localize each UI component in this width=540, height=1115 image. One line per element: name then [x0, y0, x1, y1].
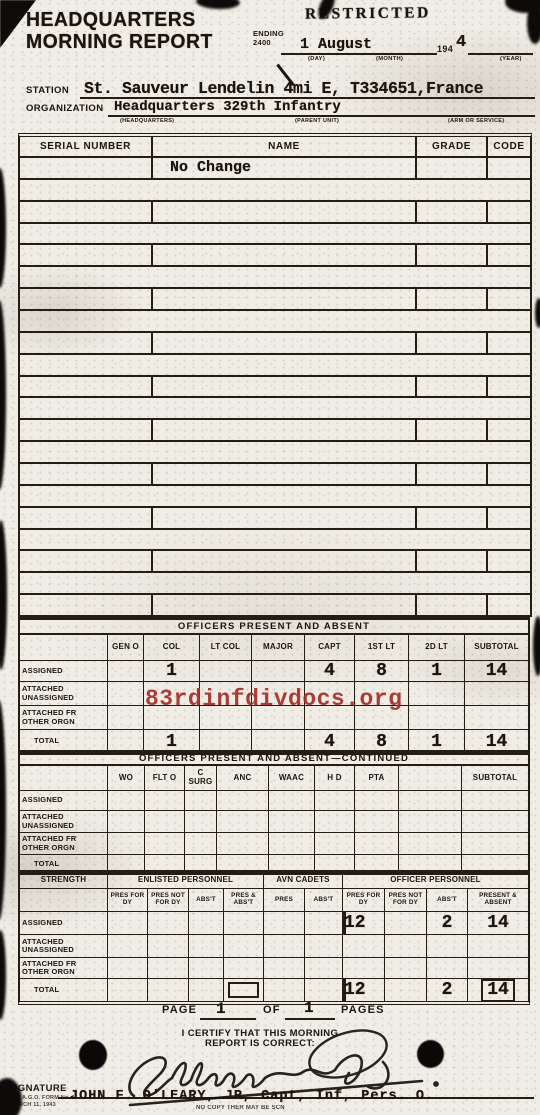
- roster-column-divider: [415, 420, 417, 440]
- scan-artifact: [0, 700, 6, 920]
- roster-column-divider: [486, 551, 488, 571]
- value-cell: 4: [305, 661, 355, 681]
- roster-column-divider: [151, 595, 153, 615]
- value-cell: [269, 811, 315, 832]
- stat-column-header: PRES & ABS'T: [224, 889, 264, 911]
- roster-column-divider: [151, 464, 153, 484]
- stat-data-row: ASSIGNED148114: [20, 661, 528, 682]
- value-cell: [385, 935, 427, 957]
- value-cell: [355, 833, 399, 854]
- roster-column-divider: [415, 377, 417, 397]
- scan-artifact: [533, 616, 540, 676]
- value-cell: [305, 958, 343, 978]
- stat-group-cell: ENLISTED PERSONNEL: [108, 873, 264, 888]
- value-cell: [108, 912, 148, 934]
- roster-column-divider: [151, 289, 153, 309]
- stat-header-label-cell: [20, 635, 108, 660]
- value-cell: [189, 912, 224, 934]
- hole-punch-right: [417, 1040, 444, 1068]
- date-underline: [281, 53, 437, 55]
- roster-body: No Change: [18, 158, 532, 617]
- value-cell: [264, 979, 305, 1001]
- stat-column-header: C SURG: [185, 766, 217, 790]
- stat-column-header: COL: [144, 635, 200, 660]
- value-cell: [200, 661, 252, 681]
- value-cell: [385, 912, 427, 934]
- value-cell: 12: [343, 979, 385, 1001]
- row-label: ASSIGNED: [20, 661, 108, 681]
- value-cell: [185, 833, 217, 854]
- value-cell: [305, 979, 343, 1001]
- stat-column-header: ABS'T: [189, 889, 224, 911]
- roster-header-row: SERIAL NUMBERNAMEGRADECODE: [18, 133, 532, 158]
- scan-artifact: [0, 168, 6, 288]
- row-label: ASSIGNED: [20, 791, 108, 810]
- value-cell: 2: [427, 979, 468, 1001]
- roster-blank-row: [20, 245, 530, 267]
- value-cell: [189, 958, 224, 978]
- form-title-line2: MORNING REPORT: [26, 31, 213, 54]
- value-cell: [465, 706, 528, 729]
- station-value: St. Sauveur Lendelin 4mi E, T334651,Fran…: [84, 79, 483, 98]
- stat-column-header: WO: [108, 766, 145, 790]
- roster-column-divider: [486, 202, 488, 222]
- roster-column-divider: [151, 245, 153, 265]
- roster-column-divider: [415, 333, 417, 353]
- organization-label: ORGANIZATION: [26, 103, 103, 114]
- stat-column-header: 2D LT: [409, 635, 465, 660]
- stat-column-header: PRESENT & ABSENT: [468, 889, 528, 911]
- value-cell: [468, 958, 528, 978]
- value-cell: [399, 811, 462, 832]
- value-cell: [269, 833, 315, 854]
- row-label: ATTACHED FR OTHER ORGN: [20, 958, 108, 978]
- value-cell: 12: [343, 912, 385, 934]
- caption-day: (DAY): [308, 56, 325, 62]
- roster-column-divider: [151, 377, 153, 397]
- roster-column-divider: [151, 508, 153, 528]
- value-cell: [468, 935, 528, 957]
- stat-data-row: TOTAL12214: [20, 979, 528, 1001]
- roster-blank-row: [20, 311, 530, 333]
- value-cell: [385, 958, 427, 978]
- scan-artifact: [535, 298, 540, 328]
- value-cell: [185, 791, 217, 810]
- stat-header-row: GEN OCOLLT COLMAJORCAPT1ST LT2D LTSUBTOT…: [20, 635, 528, 661]
- value-cell: [145, 791, 185, 810]
- signed-name-typed: JOHN F. O'LEARY, JR, Capt, Inf, Pers. O.: [70, 1089, 434, 1104]
- roster-blank-row: [20, 333, 530, 355]
- station-label: STATION: [26, 85, 69, 96]
- roster-blank-row: [20, 573, 530, 595]
- roster-blank-row: [20, 289, 530, 311]
- stat-header-label-cell: [20, 766, 108, 790]
- value-cell: [462, 811, 528, 832]
- stat-column-header: [399, 766, 462, 790]
- strength-table: STRENGTHENLISTED PERSONNELAVN CADETSOFFI…: [18, 870, 530, 1005]
- value-cell: [269, 791, 315, 810]
- year-underline: [468, 53, 533, 55]
- roster-blank-row: [20, 530, 530, 552]
- roster-blank-row: [20, 486, 530, 508]
- value-cell: 14: [468, 912, 528, 934]
- roster-column-divider: [486, 289, 488, 309]
- roster-column-header: CODE: [488, 137, 530, 156]
- roster-column-divider: [151, 158, 153, 178]
- pages-label: PAGES: [341, 1004, 385, 1016]
- value-cell: [224, 935, 264, 957]
- roster-blank-row: [20, 180, 530, 202]
- value-cell: [355, 791, 399, 810]
- roster-column-divider: [415, 158, 417, 178]
- stat-data-row: ATTACHED FR OTHER ORGN: [20, 833, 528, 855]
- roster-column-divider: [486, 377, 488, 397]
- roster-blank-row: [20, 355, 530, 377]
- roster-column-divider: [486, 464, 488, 484]
- value-cell: [108, 833, 145, 854]
- roster-column-header: SERIAL NUMBER: [20, 137, 153, 156]
- stat-table-title: OFFICERS PRESENT AND ABSENT—CONTINUED: [20, 753, 528, 766]
- roster-column-divider: [415, 508, 417, 528]
- value-cell: [343, 958, 385, 978]
- roster-blank-row: [20, 267, 530, 289]
- value-cell: [108, 935, 148, 957]
- stat-column-header: SUBTOTAL: [465, 635, 528, 660]
- value-cell: [217, 833, 269, 854]
- value-cell: [108, 811, 145, 832]
- scan-artifact: [0, 520, 7, 670]
- roster-blank-row: [20, 442, 530, 464]
- scan-artifact: [0, 930, 6, 1020]
- value-cell: [399, 791, 462, 810]
- ending-time: 2400: [253, 39, 284, 48]
- roster-column-divider: [415, 202, 417, 222]
- value-cell: 1: [409, 661, 465, 681]
- value-cell: [343, 935, 385, 957]
- roster-column-divider: [486, 595, 488, 615]
- value-cell: [252, 661, 305, 681]
- value-cell: [462, 833, 528, 854]
- value-cell: [465, 682, 528, 705]
- roster-column-divider: [415, 245, 417, 265]
- value-cell: [148, 958, 189, 978]
- value-cell: [264, 912, 305, 934]
- stat-data-row: ATTACHED FR OTHER ORGN: [20, 958, 528, 979]
- value-cell: [315, 833, 355, 854]
- value-cell: [108, 979, 148, 1001]
- hand-drawn-box: [228, 982, 260, 998]
- roster-blank-row: [20, 202, 530, 224]
- roster-blank-row: [20, 420, 530, 442]
- stat-column-header: PTA: [355, 766, 399, 790]
- row-label: ATTACHED UNASSIGNED: [20, 811, 108, 832]
- value-cell: [224, 958, 264, 978]
- strength-label-cell: STRENGTH: [20, 873, 108, 888]
- roster-column-divider: [151, 420, 153, 440]
- stat-column-header: GEN O: [108, 635, 144, 660]
- row-label: ATTACHED FR OTHER ORGN: [20, 833, 108, 854]
- year-typed: 4: [456, 33, 466, 52]
- roster-blank-row: [20, 377, 530, 399]
- value-cell: [315, 791, 355, 810]
- stat-header-row: PRES FOR DYPRES NOT FOR DYABS'TPRES & AB…: [20, 889, 528, 912]
- stat-column-header: 1ST LT: [355, 635, 409, 660]
- stat-data-row: ATTACHED UNASSIGNED: [20, 935, 528, 958]
- stat-column-header: PRES FOR DY: [343, 889, 385, 911]
- ending-label: ENDING 2400: [253, 30, 284, 47]
- value-cell: [462, 791, 528, 810]
- stat-column-header: MAJOR: [252, 635, 305, 660]
- roster-blank-row: [20, 595, 530, 617]
- stat-column-header: ABS'T: [427, 889, 468, 911]
- roster-blank-row: [20, 508, 530, 530]
- hole-punch-left: [79, 1040, 107, 1070]
- value-cell: [189, 979, 224, 1001]
- roster-column-divider: [151, 551, 153, 571]
- value-cell: [108, 958, 148, 978]
- value-cell: [305, 912, 343, 934]
- roster-column-divider: [415, 551, 417, 571]
- caption-parent-unit: (PARENT UNIT): [295, 118, 339, 124]
- stat-data-row: ASSIGNED: [20, 791, 528, 811]
- stat-column-header: ABS'T: [305, 889, 343, 911]
- roster-column-header: GRADE: [417, 137, 488, 156]
- stat-column-header: PRES FOR DY: [108, 889, 148, 911]
- value-cell: [217, 791, 269, 810]
- row-label: ATTACHED UNASSIGNED: [20, 682, 108, 705]
- value-cell: 14: [468, 979, 528, 1001]
- row-label: ASSIGNED: [20, 912, 108, 934]
- stat-column-header: PRES NOT FOR DY: [148, 889, 189, 911]
- row-label: TOTAL: [20, 979, 108, 1001]
- value-cell: [148, 935, 189, 957]
- roster-column-divider: [415, 595, 417, 615]
- roster-column-divider: [151, 202, 153, 222]
- roster-column-divider: [486, 245, 488, 265]
- year-printed: 194: [437, 44, 453, 54]
- value-cell: [189, 935, 224, 957]
- roster-column-divider: [415, 464, 417, 484]
- value-cell: [148, 912, 189, 934]
- value-cell: [224, 979, 264, 1001]
- stat-column-header: FLT O: [145, 766, 185, 790]
- value-cell: [264, 958, 305, 978]
- value-cell: [305, 935, 343, 957]
- stat-data-row: ATTACHED UNASSIGNED: [20, 811, 528, 833]
- page-label: PAGE: [162, 1004, 197, 1016]
- value-cell: [224, 912, 264, 934]
- value-cell: [108, 706, 144, 729]
- roster-column-divider: [486, 508, 488, 528]
- value-cell: 2: [427, 912, 468, 934]
- roster-column-divider: [486, 420, 488, 440]
- caption-headquarters: (HEADQUARTERS): [120, 118, 174, 124]
- value-cell: [427, 958, 468, 978]
- roster-column-divider: [486, 333, 488, 353]
- roster-entry-row: No Change: [20, 158, 530, 180]
- watermark-text: 83rdinfdivdocs.org: [145, 686, 402, 712]
- value-cell: [148, 979, 189, 1001]
- value-cell: [145, 811, 185, 832]
- stat-header-row: WOFLT OC SURGANCWAACH DPTASUBTOTAL: [20, 766, 528, 791]
- roster-blank-row: [20, 398, 530, 420]
- row-label: ATTACHED FR OTHER ORGN: [20, 706, 108, 729]
- scan-artifact: [0, 300, 6, 490]
- value-cell: [145, 833, 185, 854]
- scan-artifact: [196, 0, 240, 10]
- stat-group-header-row: STRENGTHENLISTED PERSONNELAVN CADETSOFFI…: [20, 873, 528, 889]
- caption-month: (MONTH): [376, 56, 403, 62]
- stat-group-cell: AVN CADETS: [264, 873, 343, 888]
- stat-data-row: ASSIGNED12214: [20, 912, 528, 935]
- caption-year: (YEAR): [500, 56, 522, 62]
- stat-header-label-cell: [20, 889, 108, 911]
- value-cell: [315, 811, 355, 832]
- value-cell: [217, 811, 269, 832]
- value-cell: [385, 979, 427, 1001]
- organization-underline: [108, 115, 535, 117]
- roster-column-divider: [415, 289, 417, 309]
- stat-column-header: WAAC: [269, 766, 315, 790]
- value-cell: 8: [355, 661, 409, 681]
- stat-column-header: PRES NOT FOR DY: [385, 889, 427, 911]
- roster-no-change-entry: No Change: [170, 159, 251, 176]
- roster-blank-row: [20, 464, 530, 486]
- officers-present-absent-continued-table: OFFICERS PRESENT AND ABSENT—CONTINUEDWOF…: [18, 750, 530, 875]
- roster-blank-row: [20, 551, 530, 573]
- stat-column-header: ANC: [217, 766, 269, 790]
- stat-column-header: SUBTOTAL: [462, 766, 528, 790]
- form-title-line1: HEADQUARTERS: [26, 9, 196, 32]
- stat-column-header: PRES: [264, 889, 305, 911]
- value-cell: [355, 811, 399, 832]
- stat-table-title: OFFICERS PRESENT AND ABSENT: [20, 620, 528, 635]
- value-cell: [108, 682, 144, 705]
- value-cell: [264, 935, 305, 957]
- organization-value: Headquarters 329th Infantry: [114, 99, 341, 115]
- morning-report-document: RESTRICTED HEADQUARTERS MORNING REPORT E…: [0, 0, 540, 1115]
- stat-column-header: CAPT: [305, 635, 355, 660]
- stat-column-header: LT COL: [200, 635, 252, 660]
- value-cell: [108, 661, 144, 681]
- value-cell: 14: [465, 661, 528, 681]
- value-cell: [399, 833, 462, 854]
- roster-column-divider: [486, 158, 488, 178]
- of-label: OF: [263, 1004, 281, 1016]
- roster-column-header: NAME: [153, 137, 417, 156]
- report-date-value: 1 August: [300, 36, 372, 53]
- scan-artifact: [527, 2, 540, 44]
- stat-group-cell: OFFICER PERSONNEL: [343, 873, 528, 888]
- value-cell: 1: [144, 661, 200, 681]
- value-cell: [409, 706, 465, 729]
- caption-arm-service: (ARM OR SERVICE): [448, 118, 504, 124]
- value-cell: [108, 791, 145, 810]
- roster-blank-row: [20, 224, 530, 246]
- roster-column-divider: [151, 333, 153, 353]
- value-cell: [185, 811, 217, 832]
- stat-column-header: H D: [315, 766, 355, 790]
- value-cell: [409, 682, 465, 705]
- row-label: ATTACHED UNASSIGNED: [20, 935, 108, 957]
- value-cell: [427, 935, 468, 957]
- boxed-total-value: 14: [481, 979, 515, 1002]
